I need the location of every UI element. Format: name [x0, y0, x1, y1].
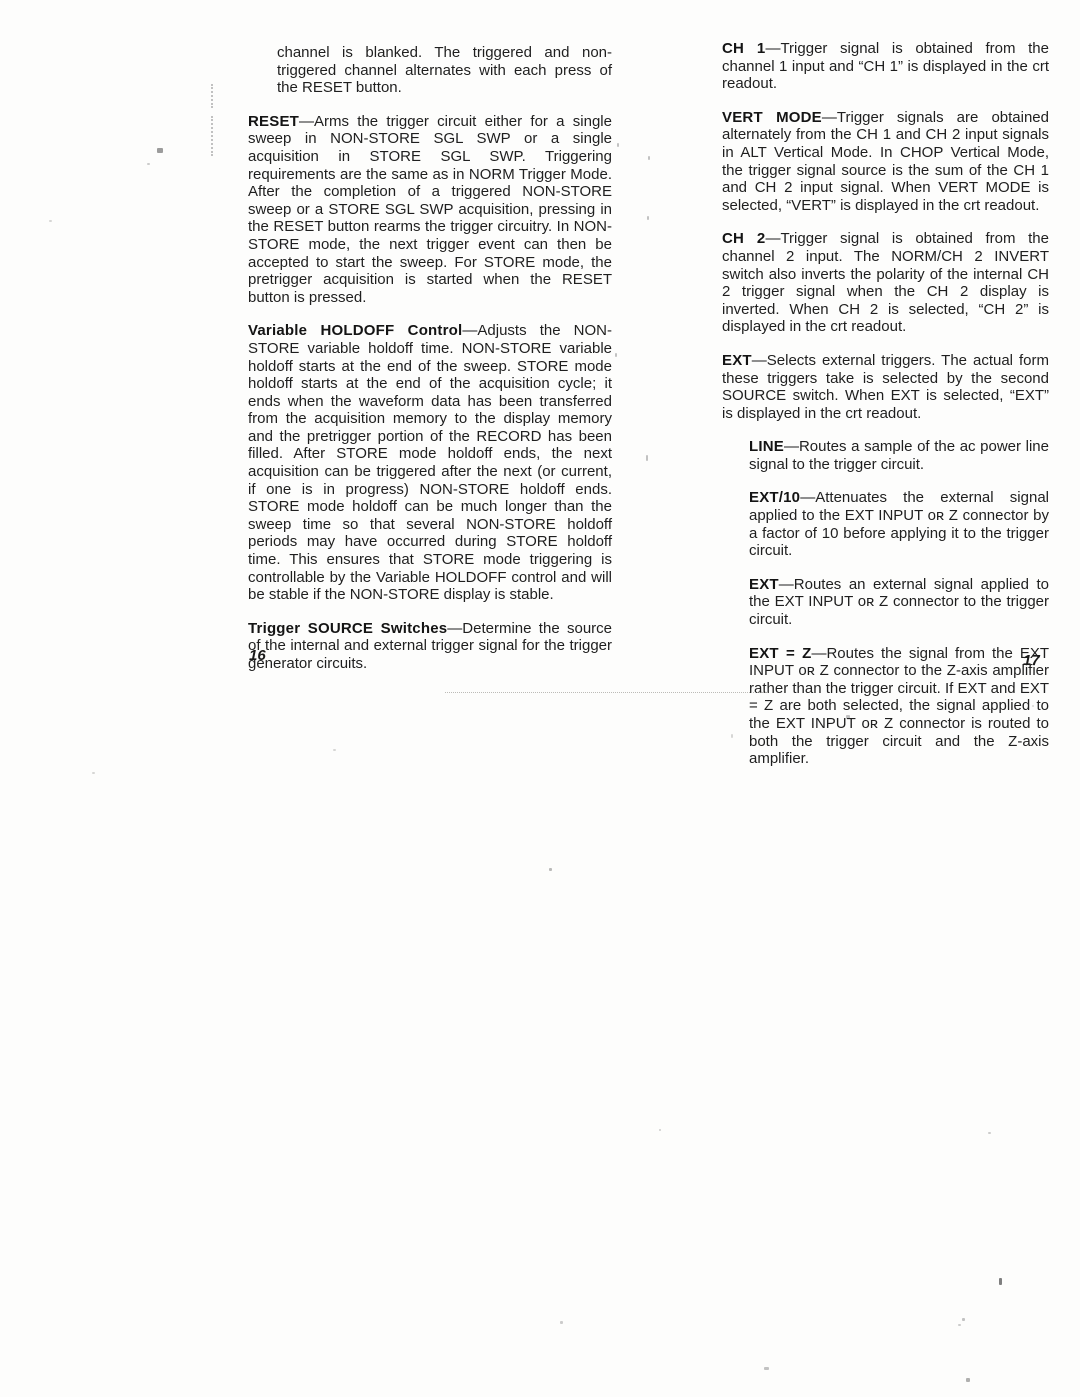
scan-speck: [615, 353, 617, 357]
paragraph-ext-routes: EXT—Routes an external signal applied to…: [749, 576, 1049, 629]
term-definition: —Adjusts the NON-STORE variable holdoff …: [248, 322, 612, 603]
term-definition: channel is blanked. The triggered and no…: [277, 44, 612, 96]
scanned-manual-page: channel is blanked. The triggered and no…: [0, 0, 1080, 1397]
paragraph-ch1: CH 1—Trigger signal is obtained from the…: [722, 40, 1049, 93]
paragraph-line: LINE—Routes a sample of the ac power lin…: [749, 438, 1049, 473]
paragraph-ch2: CH 2—Trigger signal is obtained from the…: [722, 230, 1049, 336]
term-definition: —Routes a sample of the ac power line si…: [749, 438, 1049, 473]
scan-margin-mark: [211, 116, 213, 156]
scan-speck: [962, 1318, 965, 1321]
term-label: EXT: [722, 352, 752, 369]
scan-speck: [958, 1324, 961, 1326]
scan-speck: [601, 170, 603, 173]
scan-speck: [846, 715, 850, 719]
term-label: RESET: [248, 113, 299, 130]
paragraph-trigger-source: Trigger SOURCE Switches—Determine the so…: [248, 620, 612, 673]
scan-speck: [764, 1367, 769, 1370]
term-label: Trigger SOURCE Switches: [248, 620, 447, 637]
term-label: EXT = Z: [749, 645, 811, 662]
term-definition: —Trigger signal is obtained from the cha…: [722, 230, 1049, 335]
term-label: LINE: [749, 438, 784, 455]
right-page-column: CH 1—Trigger signal is obtained from the…: [722, 40, 1049, 784]
term-label: VERT MODE: [722, 109, 822, 126]
scan-speck: [560, 1321, 563, 1324]
scan-speck: [648, 156, 650, 160]
term-label: EXT: [749, 576, 779, 593]
scan-speck: [1032, 705, 1034, 707]
page-number-17: 17: [1023, 652, 1040, 669]
term-definition: —Trigger signal is obtained from the cha…: [722, 40, 1049, 92]
scan-speck: [92, 772, 95, 774]
term-definition: —Arms the trigger circuit either for a s…: [248, 113, 612, 306]
page-number-16: 16: [249, 647, 266, 664]
scan-speck: [659, 1129, 661, 1131]
term-label: EXT/10: [749, 489, 800, 506]
scan-speck: [604, 505, 606, 508]
scan-speck: [157, 148, 163, 153]
scan-fold-line: [445, 692, 768, 693]
term-definition: —Routes an external signal applied to th…: [749, 576, 1049, 628]
scan-speck: [49, 220, 52, 222]
paragraph-channel-blanked: channel is blanked. The triggered and no…: [277, 44, 612, 97]
term-label: CH 2: [722, 230, 765, 247]
paragraph-ext-equals-z: EXT = Z—Routes the signal from the EXT I…: [749, 645, 1049, 768]
paragraph-ext-10: EXT/10—Attenuates the external signal ap…: [749, 489, 1049, 559]
scan-margin-mark: [211, 84, 213, 108]
scan-speck: [333, 749, 336, 751]
scan-speck: [999, 1278, 1002, 1285]
paragraph-variable-holdoff: Variable HOLDOFF Control—Adjusts the NON…: [248, 322, 612, 604]
paragraph-vert-mode: VERT MODE—Trigger signals are obtained a…: [722, 109, 1049, 215]
scan-speck: [147, 163, 150, 165]
paragraph-ext: EXT—Selects external triggers. The actua…: [722, 352, 1049, 422]
scan-speck: [549, 868, 552, 871]
term-definition: —Routes the signal from the EXT INPUT ᴏʀ…: [749, 645, 1049, 768]
term-label: Variable HOLDOFF Control: [248, 322, 462, 339]
scan-speck: [646, 455, 648, 461]
scan-speck: [988, 1132, 991, 1134]
left-page-column: channel is blanked. The triggered and no…: [248, 44, 612, 689]
paragraph-reset: RESET—Arms the trigger circuit either fo…: [248, 113, 612, 307]
scan-speck: [966, 1378, 970, 1382]
scan-speck: [617, 143, 619, 147]
term-definition: —Selects external triggers. The actual f…: [722, 352, 1049, 422]
scan-speck: [731, 734, 733, 738]
term-label: CH 1: [722, 40, 765, 57]
scan-speck: [647, 216, 649, 220]
